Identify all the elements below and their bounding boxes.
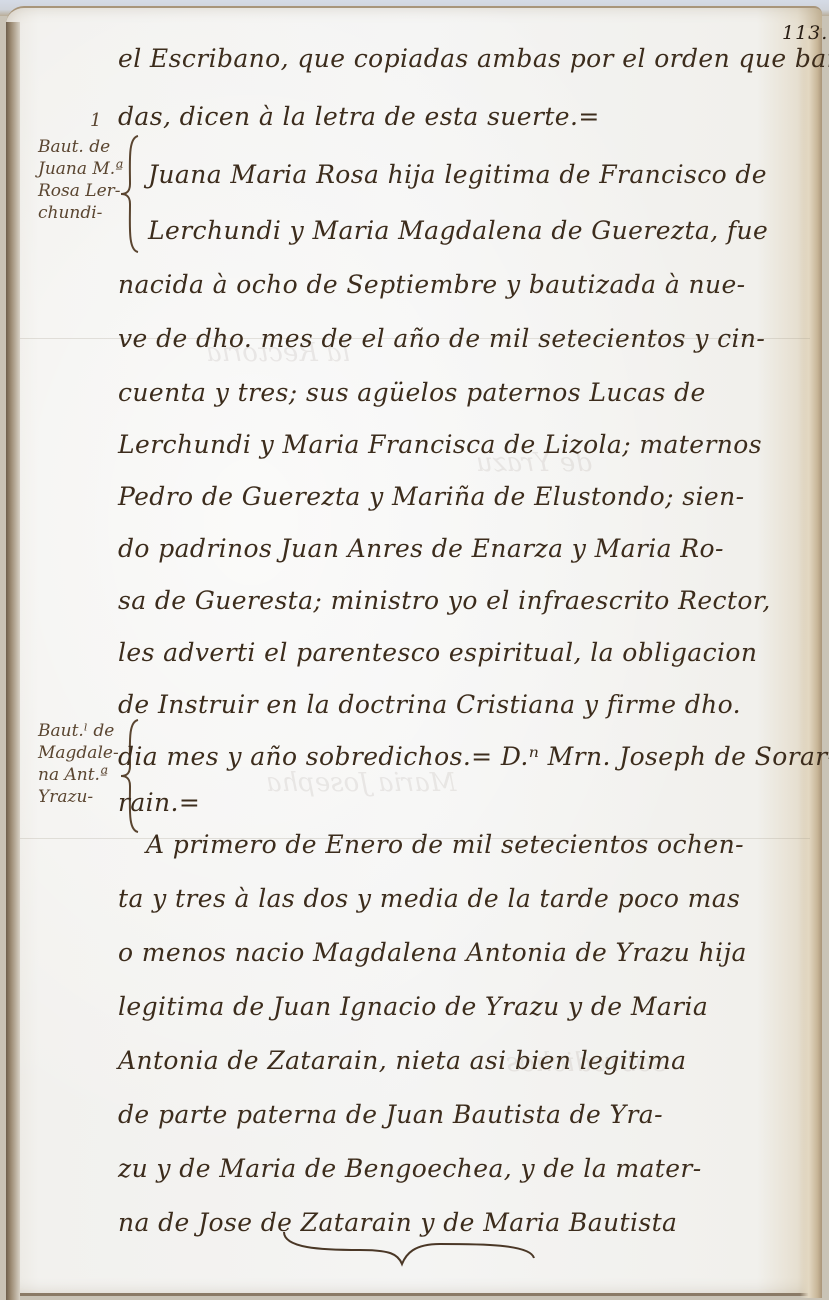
body-line: Lerchundi y Maria Magdalena de Guerezta,… <box>148 216 768 245</box>
brace-icon <box>118 132 144 256</box>
body-line: les adverti el parentesco espiritual, la… <box>118 638 757 667</box>
margin-note-entry-2: Baut.ˡ de Magdale- na Ant.ª Yrazu- <box>38 720 119 808</box>
body-line: legitima de Juan Ignacio de Yrazu y de M… <box>118 992 708 1021</box>
closing-flourish-icon <box>280 1228 540 1268</box>
page-worn-edge <box>800 28 822 1298</box>
margin-note-line: na Ant.ª <box>38 764 119 786</box>
body-line: dia mes y año sobredichos.= D.ⁿ Mrn. Jos… <box>118 742 829 771</box>
brace-icon <box>118 716 144 836</box>
body-line: ve de dho. mes de el año de mil setecien… <box>118 324 765 353</box>
margin-note-line: chundi- <box>38 202 123 224</box>
margin-note-line: Yrazu- <box>38 786 119 808</box>
body-line: de parte paterna de Juan Bautista de Yra… <box>118 1100 663 1129</box>
body-line: rain.= <box>118 788 200 817</box>
body-line: das, dicen à la letra de esta suerte.= <box>118 102 600 131</box>
body-line: de Instruir en la doctrina Cristiana y f… <box>118 690 741 719</box>
body-line: Pedro de Guerezta y Mariña de Elustondo;… <box>118 482 744 511</box>
margin-note-entry-1: 1 Baut. de Juana M.ª Rosa Ler- chundi- <box>38 136 123 224</box>
body-line: nacida à ocho de Septiembre y bautizada … <box>118 270 746 299</box>
page-binding-edge <box>6 22 20 1300</box>
margin-note-line: Rosa Ler- <box>38 180 123 202</box>
body-line: A primero de Enero de mil setecientos oc… <box>146 830 744 859</box>
margin-note-line: Baut. de <box>38 136 123 158</box>
margin-note-line: Magdale- <box>38 742 119 764</box>
body-line: Juana Maria Rosa hija legitima de Franci… <box>148 160 767 189</box>
body-line: ta y tres à las dos y media de la tarde … <box>118 884 740 913</box>
entry-number: 1 <box>90 110 101 132</box>
ink-bleed-through: Maria Josepha <box>266 768 456 798</box>
body-line: zu y de Maria de Bengoechea, y de la mat… <box>118 1154 702 1183</box>
body-line: do padrinos Juan Anres de Enarza y Maria… <box>118 534 724 563</box>
margin-note-line: Baut.ˡ de <box>38 720 119 742</box>
body-line: o menos nacio Magdalena Antonia de Yrazu… <box>118 938 747 967</box>
body-line: el Escribano, que copiadas ambas por el … <box>118 44 829 73</box>
folio-number: 113. <box>782 22 828 44</box>
body-line: Lerchundi y Maria Francisca de Lizola; m… <box>118 430 762 459</box>
body-line: Antonia de Zatarain, nieta asi bien legi… <box>118 1046 686 1075</box>
body-line: sa de Gueresta; ministro yo el infraescr… <box>118 586 771 615</box>
body-line: cuenta y tres; sus agüelos paternos Luca… <box>118 378 706 407</box>
margin-note-line: Juana M.ª <box>38 158 123 180</box>
